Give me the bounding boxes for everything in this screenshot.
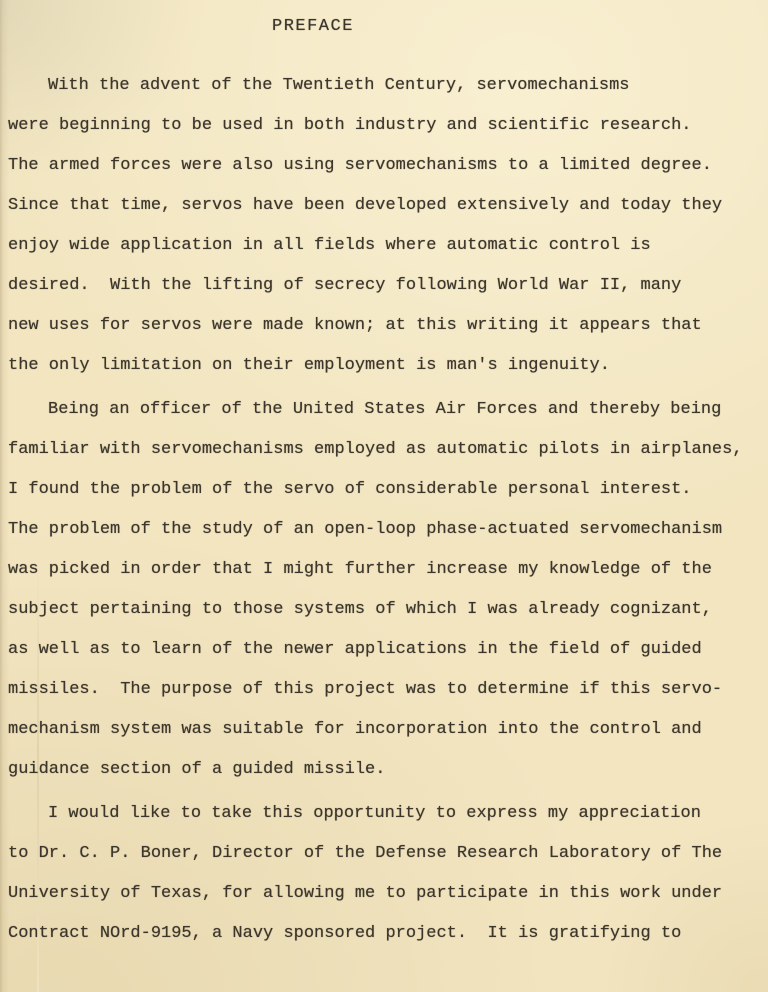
- text-line: new uses for servos were made known; at …: [8, 306, 760, 346]
- text-line: I would like to take this opportunity to…: [8, 794, 760, 834]
- text-line: The armed forces were also using servome…: [8, 146, 760, 186]
- text-line: Contract NOrd-9195, a Navy sponsored pro…: [8, 914, 760, 954]
- text-line: the only limitation on their employment …: [8, 346, 760, 386]
- text-line: With the advent of the Twentieth Century…: [8, 66, 760, 106]
- text-line: Since that time, servos have been develo…: [8, 186, 760, 226]
- text-line: The problem of the study of an open-loop…: [8, 510, 760, 550]
- paragraph: With the advent of the Twentieth Century…: [8, 66, 760, 386]
- page-title: PREFACE: [272, 16, 768, 38]
- paragraph: I would like to take this opportunity to…: [8, 794, 760, 954]
- text-line: missiles. The purpose of this project wa…: [8, 670, 760, 710]
- document-body: With the advent of the Twentieth Century…: [0, 66, 768, 954]
- text-line: familiar with servomechanisms employed a…: [8, 430, 760, 470]
- text-line: guidance section of a guided missile.: [8, 750, 760, 790]
- text-line: were beginning to be used in both indust…: [8, 106, 760, 146]
- text-line: University of Texas, for allowing me to …: [8, 874, 760, 914]
- text-line: Being an officer of the United States Ai…: [8, 390, 760, 430]
- text-line: subject pertaining to those systems of w…: [8, 590, 760, 630]
- document-page: PREFACE With the advent of the Twentieth…: [0, 0, 768, 992]
- text-line: as well as to learn of the newer applica…: [8, 630, 760, 670]
- text-line: I found the problem of the servo of cons…: [8, 470, 760, 510]
- text-line: to Dr. C. P. Boner, Director of the Defe…: [8, 834, 760, 874]
- paragraph: Being an officer of the United States Ai…: [8, 390, 760, 790]
- text-line: mechanism system was suitable for incorp…: [8, 710, 760, 750]
- text-line: desired. With the lifting of secrecy fol…: [8, 266, 760, 306]
- text-line: enjoy wide application in all fields whe…: [8, 226, 760, 266]
- text-line: was picked in order that I might further…: [8, 550, 760, 590]
